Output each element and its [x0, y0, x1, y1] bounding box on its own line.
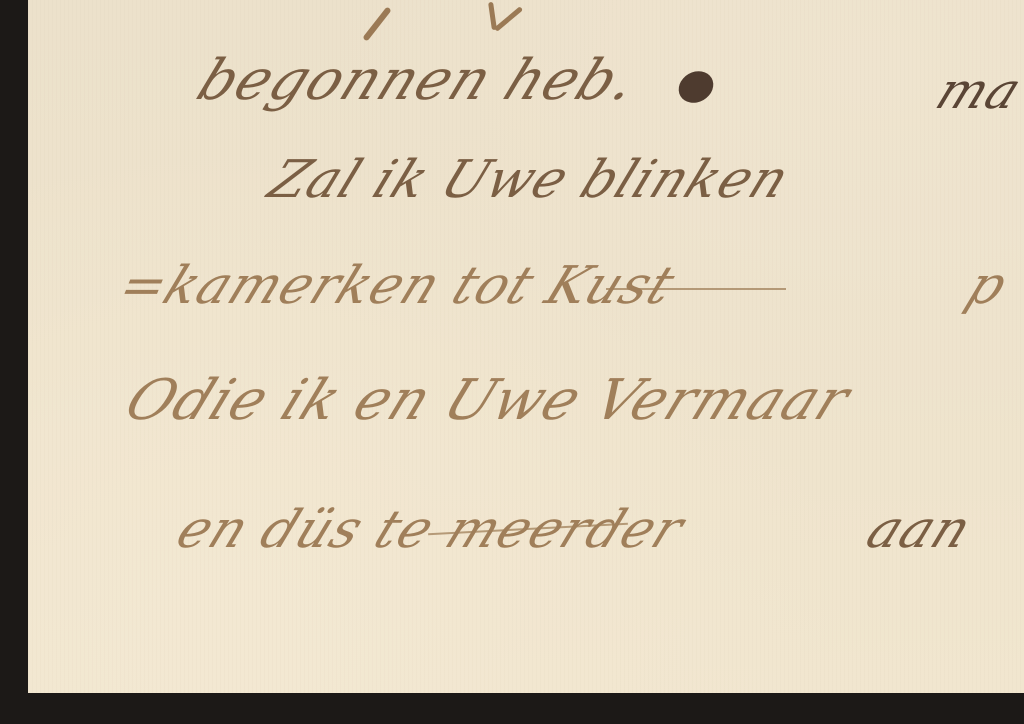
handwriting-line-5-continuation: aan	[858, 500, 981, 560]
handwriting-line-3: =kamerken tot Kust	[110, 256, 684, 316]
handwriting-line-2: Zal ik Uwe blinken	[260, 150, 799, 210]
letter-paper: begonnen heb. ma Zal ik Uwe blinken =kam…	[28, 0, 1024, 693]
line-1-continuation-text: ma	[928, 62, 1024, 120]
handwriting-line-4: Odie ik en Uwe Vermaar	[116, 368, 859, 433]
descender-stroke	[494, 6, 523, 32]
handwriting-line-3-continuation: p	[958, 256, 1017, 316]
line-1-text: begonnen heb.	[188, 48, 648, 113]
line-5-text: en düs te meerder	[168, 500, 693, 560]
descender-stroke	[362, 6, 391, 41]
handwriting-line-1: begonnen heb.	[188, 48, 648, 113]
handwriting-line-5: en düs te meerder	[168, 500, 693, 560]
line-2-text: Zal ik Uwe blinken	[260, 150, 799, 210]
line-3-text: =kamerken tot Kust	[110, 256, 684, 316]
handwriting-line-1-continuation: ma	[928, 62, 1024, 120]
line-4-text: Odie ik en Uwe Vermaar	[116, 368, 859, 433]
document-frame: begonnen heb. ma Zal ik Uwe blinken =kam…	[0, 0, 1024, 724]
line-3-continuation-text: p	[958, 256, 1017, 316]
ink-blot	[673, 65, 719, 109]
line-5-continuation-text: aan	[858, 500, 981, 560]
